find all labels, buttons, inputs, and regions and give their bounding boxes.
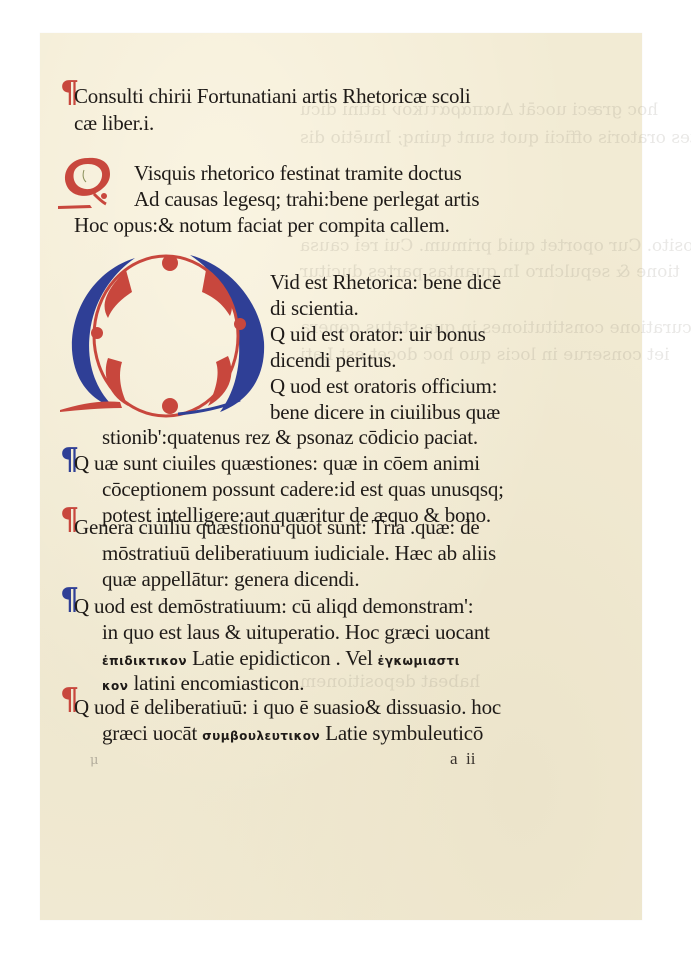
body-line-12: mōstratiuū deliberatiuum iudiciale. Hæc … [102, 543, 496, 564]
body-line-15: in quo est laus & uituperatio. Hoc græci… [102, 622, 490, 643]
body-line-18: Q uod ē deliberatiuū: i quo ē suasio& di… [74, 697, 501, 718]
greek-word-epideiktikon: ἐπιδικτικον [102, 654, 187, 668]
body-line-14: Q uod est demōstratiuum: cū aliqd demons… [74, 596, 473, 617]
verse-line-2: Ad causas legesq; trahi:bene perlegat ar… [134, 189, 479, 210]
body-line-11: Genera ciuiliū quæstionū quot sunt: Tria… [74, 517, 480, 538]
body-line-16-text: Latie epidicticon . Vel [192, 646, 372, 670]
bleed-through-text: Proposito. Cur oportet quid primum. Cui … [300, 236, 691, 256]
body-line-9: cōceptionem possunt cadere:id est quas u… [102, 479, 504, 500]
body-line-19-text-end: Latie symbuleuticō [325, 721, 483, 745]
body-line-2: di scientia. [270, 298, 359, 319]
body-line-6: bene dicere in ciuilibus quæ [270, 402, 500, 423]
title-line-2: cæ liber.i. [74, 113, 154, 134]
margin-mark: μ [90, 753, 98, 768]
greek-word-enkomiastikon: ἐγκωμιαστι [378, 654, 460, 668]
body-line-16: ἐπιδικτικον Latie epidicticon . Vel ἐγκω… [102, 648, 460, 669]
body-line-8: Q uæ sunt ciuiles quæstiones: quæ in cōe… [74, 453, 480, 474]
body-line-5: Q uod est oratoris officium: [270, 376, 497, 397]
title-line-1: Consulti chirii Fortunatiani artis Rheto… [74, 86, 471, 107]
body-line-3: Q uid est orator: uir bonus [270, 324, 486, 345]
decorated-initial-q-small-icon [58, 154, 138, 214]
decorated-initial-q-large-icon [60, 250, 272, 420]
body-line-4: dicendi peritus. [270, 350, 396, 371]
greek-word-symbouleutikon: συμβουλευτικον [202, 729, 320, 743]
greek-word-enkomiastikon-end: κον [102, 679, 128, 693]
body-line-17-text: latini encomiasticon. [134, 671, 305, 695]
body-line-19: græci uocāt συμβουλευτικον Latie symbule… [102, 723, 483, 744]
signature-mark: a ii [450, 749, 476, 769]
bleed-through-text: habeat depositionem [300, 672, 480, 692]
body-line-19-text: græci uocāt [102, 721, 197, 745]
body-line-1: Vid est Rhetorica: bene dicē [270, 272, 501, 293]
verse-line-1: Visquis rhetorico festinat tramite doctu… [134, 163, 462, 184]
verse-line-3: Hoc opus:& notum faciat per compita call… [74, 215, 450, 236]
bleed-through-text: Partes oratoris officii quot sunt quinq;… [300, 128, 691, 148]
body-line-17: κον latini encomiasticon. [102, 673, 304, 694]
body-line-13: quæ appellātur: genera dicendi. [102, 569, 359, 590]
body-line-7: stionib':quatenus rez & psonaz cōdicio p… [102, 427, 478, 448]
